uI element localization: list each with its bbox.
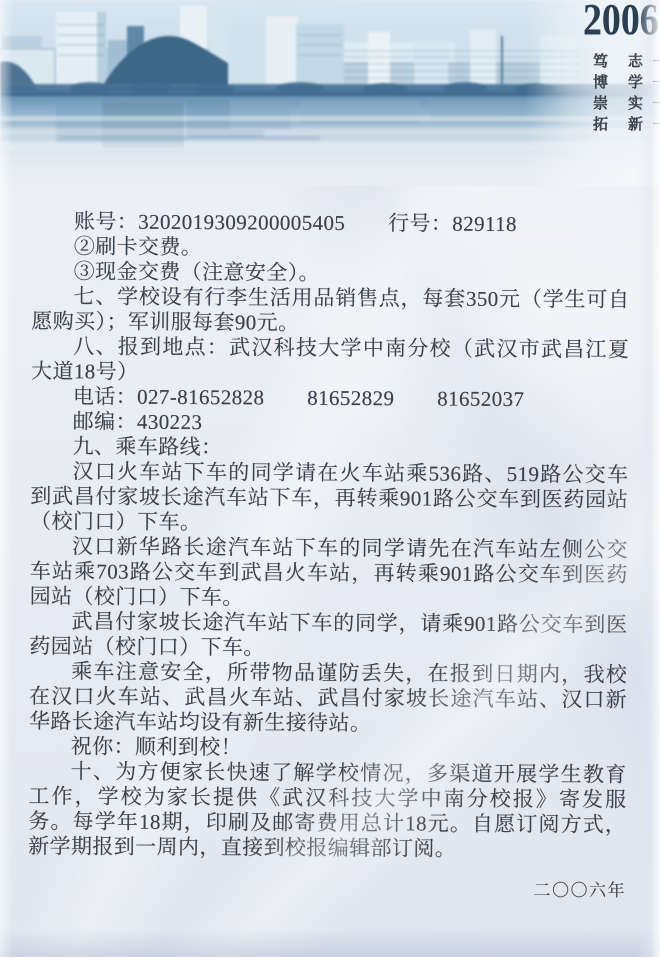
motto-row: 笃 志 —	[583, 50, 660, 71]
body-paragraph: 八、报到地点：武汉科技大学中南分校（武汉市武昌江夏大道18号）	[31, 334, 629, 388]
motto-dash: —	[653, 73, 660, 90]
school-motto: 笃 志 — 博 学 — 崇 实 — 拓 新 —	[583, 50, 660, 134]
campus-waterfront-photo	[0, 0, 660, 186]
body-paragraph: 乘车注意安全，所带物品谨防丢失，在报到日期内，我校在汉口火车站、武昌火车站、武昌…	[29, 659, 627, 738]
motto-char: 拓	[593, 113, 608, 134]
motto-char: 崇	[593, 92, 608, 113]
body-paragraph: 邮编：430223	[31, 409, 629, 438]
body-paragraph: 汉口新华路长途汽车站下车的同学请先在汽车站左侧公交车站乘703路公交车到武昌火车…	[30, 534, 628, 613]
motto-row: 博 学 —	[583, 71, 660, 92]
scanned-admission-notice-page: 2006 笃 志 — 博 学 — 崇 实 — 拓 新 — 账号：32020193…	[0, 0, 660, 957]
body-paragraph: 汉口火车站下车的同学请在火车站乘536路、519路公交车到武昌付家坡长途汽车站下…	[30, 459, 628, 538]
motto-char: 志	[628, 50, 643, 71]
motto-row: 崇 实 —	[583, 92, 660, 113]
masthead-year: 2006	[583, 0, 659, 42]
body-paragraph: ③现金交费（注意安全）。	[32, 259, 630, 288]
document-year-signoff: 二〇〇六年	[534, 876, 627, 901]
body-paragraph: 祝你：顺利到校！	[29, 734, 627, 763]
motto-char: 笃	[593, 50, 608, 71]
body-paragraph: 账号：3202019309200005405 行号：829118	[32, 209, 630, 238]
body-paragraph: 电话：027-81652828 81652829 81652037	[31, 384, 629, 413]
motto-dash: —	[653, 52, 660, 69]
body-paragraph: 七、学校设有行李生活用品销售点，每套350元（学生可自愿购买）；军训服每套90元…	[31, 284, 629, 338]
campus-skyline-art	[0, 0, 660, 186]
motto-dash: —	[653, 94, 660, 111]
body-paragraph: 九、乘车路线：	[30, 434, 628, 463]
motto-char: 新	[628, 113, 643, 134]
motto-row: 拓 新 —	[583, 113, 660, 134]
motto-char: 博	[593, 71, 608, 92]
body-paragraph: 武昌付家坡长途汽车站下车的同学，请乘901路公交车到医药园站（校门口）下车。	[29, 609, 627, 663]
document-body: 账号：3202019309200005405 行号：829118 ②刷卡交费。 …	[28, 209, 630, 863]
motto-char: 实	[628, 92, 643, 113]
motto-dash: —	[653, 115, 660, 132]
motto-char: 学	[628, 71, 643, 92]
body-paragraph: ②刷卡交费。	[32, 234, 630, 263]
body-paragraph: 十、为方便家长快速了解学校情况，多渠道开展学生教育工作，学校为家长提供《武汉科技…	[28, 759, 627, 863]
